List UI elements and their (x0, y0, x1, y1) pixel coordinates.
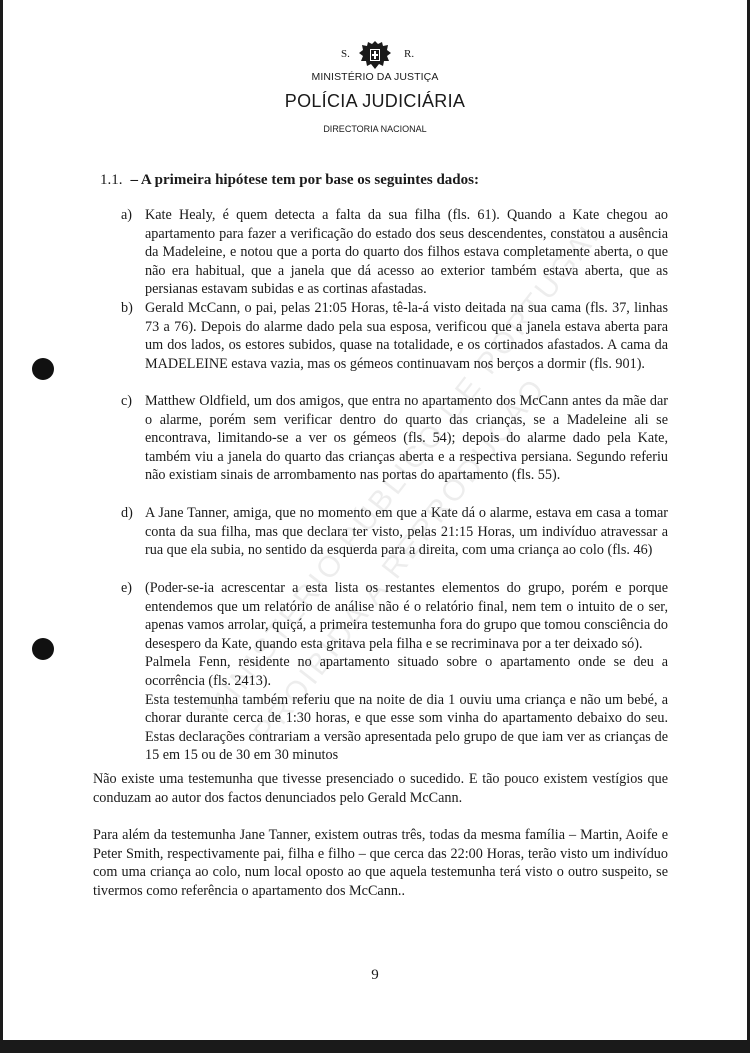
list-item-text: Gerald McCann, o pai, pelas 21:05 Horas,… (145, 299, 668, 373)
paragraph: Não existe uma testemunha que tivesse pr… (93, 770, 668, 807)
list-item-continuation: Palmela Fenn, residente no apartamento s… (145, 653, 668, 690)
list-item-text: A Jane Tanner, amiga, que no momento em … (145, 504, 668, 560)
agency-name: POLÍCIA JUDICIÁRIA (3, 91, 747, 112)
list-item-a: a) Kate Healy, é quem detecta a falta da… (121, 206, 668, 299)
header-emblem-row: S. R. (3, 40, 747, 70)
list-item-text: Matthew Oldfield, um dos amigos, que ent… (145, 392, 668, 485)
list-item-e: e) (Poder-se-ia acrescentar a esta lista… (121, 579, 668, 765)
scan-border (0, 1040, 750, 1053)
section-title: – A primeira hipótese tem por base os se… (131, 172, 479, 188)
list-item-continuation: Esta testemunha também referiu que na no… (145, 691, 668, 765)
punch-hole (32, 358, 54, 380)
list-item-text: (Poder-se-ia acrescentar a esta lista os… (145, 579, 668, 653)
s-letter: S. (341, 48, 350, 60)
document-page: S. R. MINISTÉRIO DA JUSTIÇA POLÍCIA JUDI… (3, 0, 747, 1040)
list-marker: e) (121, 579, 132, 598)
list-item-c: c) Matthew Oldfield, um dos amigos, que … (121, 392, 668, 485)
list-item-b: b) Gerald McCann, o pai, pelas 21:05 Hor… (121, 299, 668, 373)
list-marker: d) (121, 504, 133, 523)
directorate-name: DIRECTORIA NACIONAL (3, 124, 747, 134)
list-marker: b) (121, 299, 133, 318)
coat-of-arms-icon (358, 40, 392, 70)
list-item-d: d) A Jane Tanner, amiga, que no momento … (121, 504, 668, 560)
list-item-text: Kate Healy, é quem detecta a falta da su… (145, 206, 668, 299)
paragraph: Para além da testemunha Jane Tanner, exi… (93, 826, 668, 900)
list-marker: c) (121, 392, 132, 411)
ministry-name: MINISTÉRIO DA JUSTIÇA (3, 71, 747, 83)
section-number: 1.1. (100, 172, 123, 188)
list-marker: a) (121, 206, 132, 225)
page-number: 9 (3, 967, 747, 984)
section-heading: 1.1.– A primeira hipótese tem por base o… (100, 172, 479, 189)
r-letter: R. (404, 48, 414, 60)
punch-hole (32, 638, 54, 660)
